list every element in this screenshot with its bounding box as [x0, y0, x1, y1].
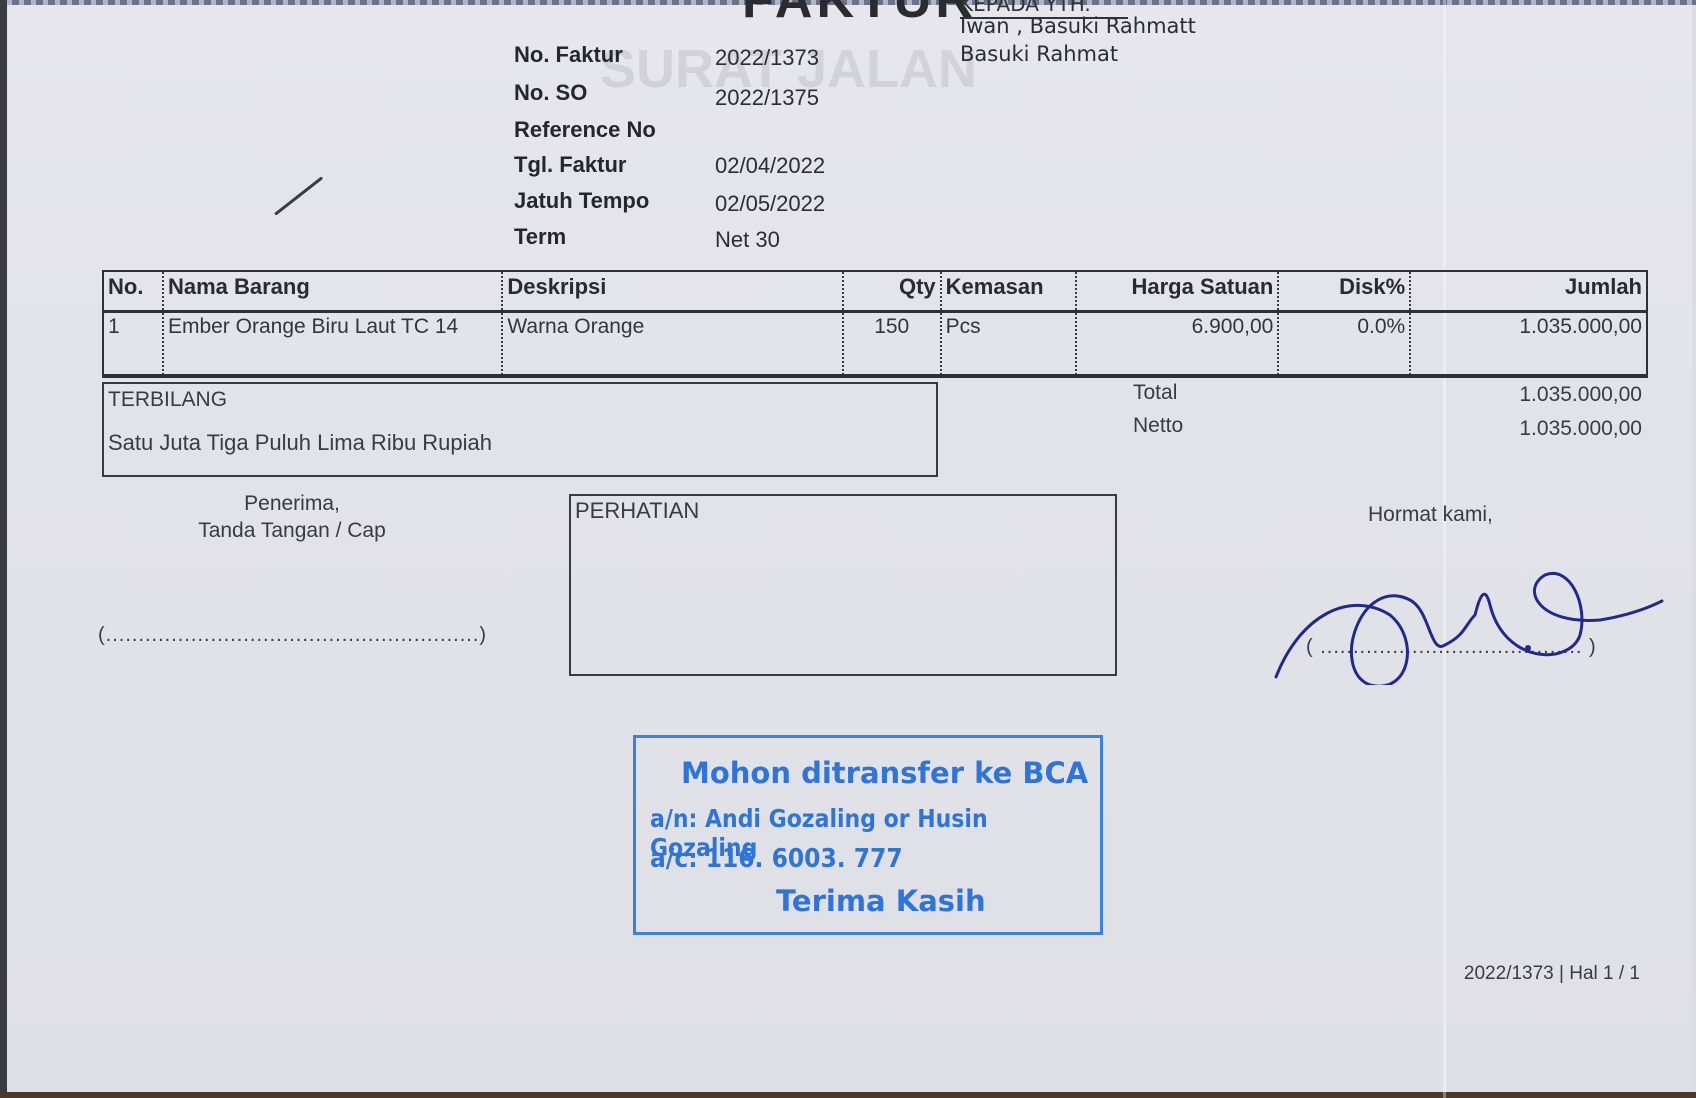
meta-label-term: Term: [514, 224, 566, 250]
meta-label-tgl-faktur: Tgl. Faktur: [514, 152, 626, 178]
bank-transfer-stamp: Mohon ditransfer ke BCA a/n: Andi Gozali…: [633, 735, 1103, 935]
meta-value-no-so: 2022/1375: [715, 85, 819, 111]
meta-value-jatuh-tempo: 02/05/2022: [715, 191, 825, 217]
terbilang-value: Satu Juta Tiga Puluh Lima Ribu Rupiah: [108, 430, 492, 456]
col-header-nama: Nama Barang: [163, 271, 502, 312]
meta-label-no-faktur: No. Faktur: [514, 42, 623, 68]
terbilang-box: TERBILANG Satu Juta Tiga Puluh Lima Ribu…: [102, 382, 938, 477]
col-header-deskripsi: Deskripsi: [502, 271, 842, 312]
col-header-disk: Disk%: [1278, 271, 1410, 312]
cell-disk: 0.0%: [1278, 312, 1410, 377]
scan-bottom-edge: [0, 1092, 1696, 1098]
meta-value-tgl-faktur: 02/04/2022: [715, 153, 825, 179]
col-header-jumlah: Jumlah: [1410, 271, 1647, 312]
cell-deskripsi: Warna Orange: [502, 312, 842, 377]
document-title: FAKTUR: [742, 0, 977, 30]
terbilang-label: TERBILANG: [108, 388, 227, 412]
table-bottom-rule: [102, 374, 1648, 378]
items-table: No. Nama Barang Deskripsi Qty Kemasan Ha…: [102, 270, 1648, 377]
meta-value-no-faktur: 2022/1373: [715, 45, 819, 71]
perhatian-box: PERHATIAN: [569, 494, 1117, 676]
total-value: 1.035.000,00: [1519, 383, 1642, 407]
page-footer: 2022/1373 | Hal 1 / 1: [1464, 963, 1640, 985]
meta-value-term: Net 30: [715, 227, 780, 253]
col-header-kemasan: Kemasan: [941, 271, 1076, 312]
netto-label: Netto: [1133, 414, 1183, 438]
col-header-no: No.: [103, 271, 163, 312]
perhatian-label: PERHATIAN: [575, 498, 699, 524]
stamp-line-transfer: Mohon ditransfer ke BCA: [681, 756, 1088, 790]
scan-left-edge: [0, 0, 7, 1098]
table-row: 1 Ember Orange Biru Laut TC 14 Warna Ora…: [103, 312, 1647, 377]
cell-no: 1: [103, 312, 163, 377]
stamp-line-account-number: a/c: 116. 6003. 777: [650, 844, 903, 874]
cell-qty: 150: [843, 312, 941, 377]
total-label: Total: [1133, 381, 1177, 405]
col-header-qty: Qty: [843, 271, 941, 312]
sender-label: Hormat kami,: [1368, 503, 1493, 527]
cell-harga: 6.900,00: [1076, 312, 1279, 377]
cell-nama: Ember Orange Biru Laut TC 14: [163, 312, 502, 377]
meta-label-reference: Reference No: [514, 117, 656, 143]
stamp-line-thanks: Terima Kasih: [776, 884, 986, 918]
receiver-sublabel: Tanda Tangan / Cap: [142, 519, 442, 543]
table-header-row: No. Nama Barang Deskripsi Qty Kemasan Ha…: [103, 271, 1647, 312]
meta-label-no-so: No. SO: [514, 80, 587, 106]
cell-jumlah: 1.035.000,00: [1410, 312, 1647, 377]
recipient-line-1: Iwan , Basuki Rahmatt: [960, 14, 1196, 38]
receiver-signature-line: (.......................................…: [98, 624, 487, 647]
recipient-line-2: Basuki Rahmat: [960, 42, 1118, 66]
netto-value: 1.035.000,00: [1519, 417, 1642, 441]
receiver-label: Penerima,: [142, 492, 442, 516]
meta-label-jatuh-tempo: Jatuh Tempo: [514, 188, 649, 214]
col-header-harga: Harga Satuan: [1076, 271, 1279, 312]
cell-kemasan: Pcs: [941, 312, 1076, 377]
handwritten-signature: [1270, 545, 1670, 685]
